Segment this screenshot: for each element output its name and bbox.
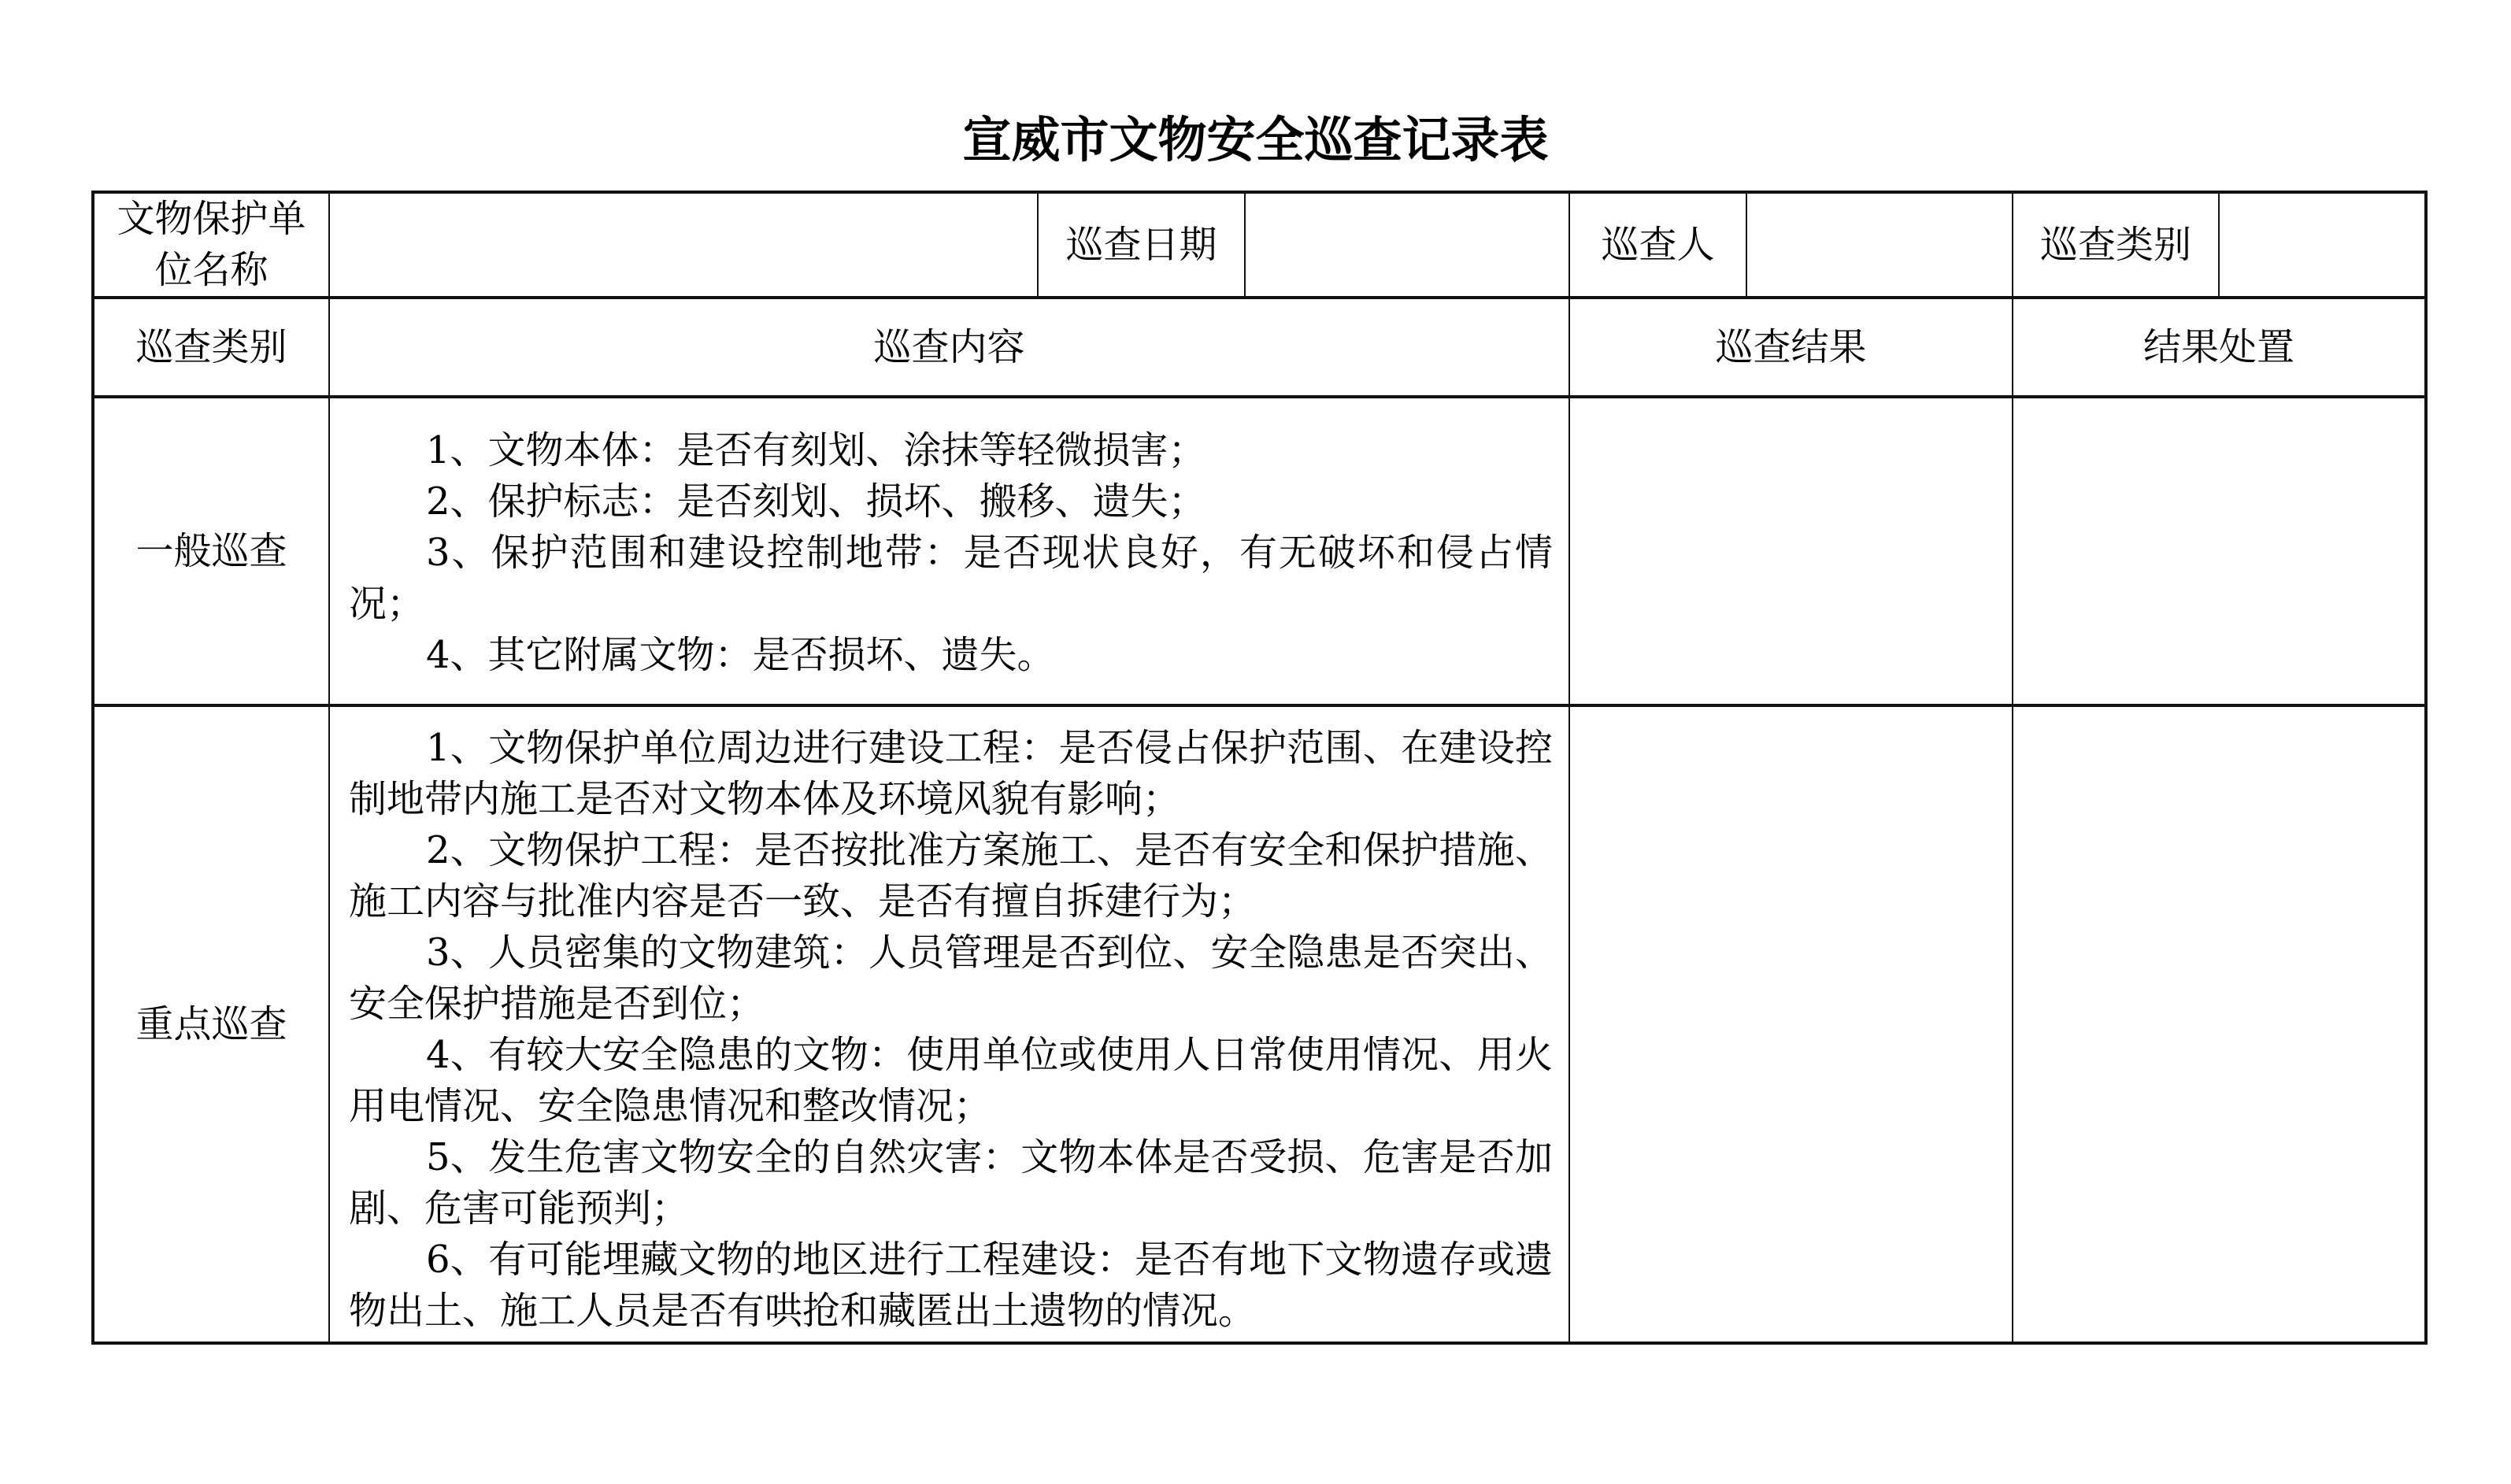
key-disposition-field[interactable] <box>2013 705 2426 1343</box>
key-item-3: 3、人员密集的文物建筑：人员管理是否到位、安全隐患是否突出、安全保护措施是否到位… <box>349 927 1553 1030</box>
category-field[interactable] <box>2219 192 2426 298</box>
key-result-field[interactable] <box>1569 705 2013 1343</box>
document-title: 宣威市文物安全巡查记录表 <box>0 109 2511 172</box>
key-category: 重点巡查 <box>93 705 329 1343</box>
unit-name-label-line1: 文物保护单 <box>94 194 328 245</box>
inspector-label: 巡查人 <box>1569 192 1746 298</box>
general-result-field[interactable] <box>1569 397 2013 705</box>
general-disposition-field[interactable] <box>2013 397 2426 705</box>
header-disposition: 结果处置 <box>2013 298 2426 397</box>
date-field[interactable] <box>1245 192 1569 298</box>
header-row: 巡查类别 巡查内容 巡查结果 结果处置 <box>93 298 2426 397</box>
general-item-4: 4、其它附属文物：是否损坏、遗失。 <box>349 630 1553 681</box>
general-inspection-row: 一般巡查 1、文物本体：是否有刻划、涂抹等轻微损害； 2、保护标志：是否刻划、损… <box>93 397 2426 705</box>
meta-row: 文物保护单 位名称 巡查日期 巡查人 巡查类别 <box>93 192 2426 298</box>
inspector-field[interactable] <box>1746 192 2013 298</box>
general-content: 1、文物本体：是否有刻划、涂抹等轻微损害； 2、保护标志：是否刻划、损坏、搬移、… <box>329 397 1569 705</box>
key-item-1: 1、文物保护单位周边进行建设工程：是否侵占保护范围、在建设控制地带内施工是否对文… <box>349 723 1553 825</box>
general-item-1: 1、文物本体：是否有刻划、涂抹等轻微损害； <box>349 425 1553 476</box>
category-label: 巡查类别 <box>2013 192 2219 298</box>
header-result: 巡查结果 <box>1569 298 2013 397</box>
general-item-2: 2、保护标志：是否刻划、损坏、搬移、遗失； <box>349 476 1553 527</box>
general-category: 一般巡查 <box>93 397 329 705</box>
unit-name-label-line2: 位名称 <box>94 245 328 296</box>
unit-name-label: 文物保护单 位名称 <box>93 192 329 298</box>
key-inspection-row: 重点巡查 1、文物保护单位周边进行建设工程：是否侵占保护范围、在建设控制地带内施… <box>93 705 2426 1343</box>
unit-name-field[interactable] <box>329 192 1038 298</box>
header-category: 巡查类别 <box>93 298 329 397</box>
key-item-4: 4、有较大安全隐患的文物：使用单位或使用人日常使用情况、用火用电情况、安全隐患情… <box>349 1030 1553 1132</box>
header-content: 巡查内容 <box>329 298 1569 397</box>
key-item-2: 2、文物保护工程：是否按批准方案施工、是否有安全和保护措施、施工内容与批准内容是… <box>349 825 1553 927</box>
key-content: 1、文物保护单位周边进行建设工程：是否侵占保护范围、在建设控制地带内施工是否对文… <box>329 705 1569 1343</box>
key-item-6: 6、有可能埋藏文物的地区进行工程建设：是否有地下文物遗存或遗物出土、施工人员是否… <box>349 1234 1553 1337</box>
general-item-3: 3、保护范围和建设控制地带：是否现状良好，有无破坏和侵占情况； <box>349 527 1553 630</box>
date-label: 巡查日期 <box>1038 192 1245 298</box>
inspection-record-table: 文物保护单 位名称 巡查日期 巡查人 巡查类别 巡查类别 巡查内容 巡查结果 结… <box>91 191 2428 1345</box>
key-item-5: 5、发生危害文物安全的自然灾害：文物本体是否受损、危害是否加剧、危害可能预判； <box>349 1132 1553 1234</box>
